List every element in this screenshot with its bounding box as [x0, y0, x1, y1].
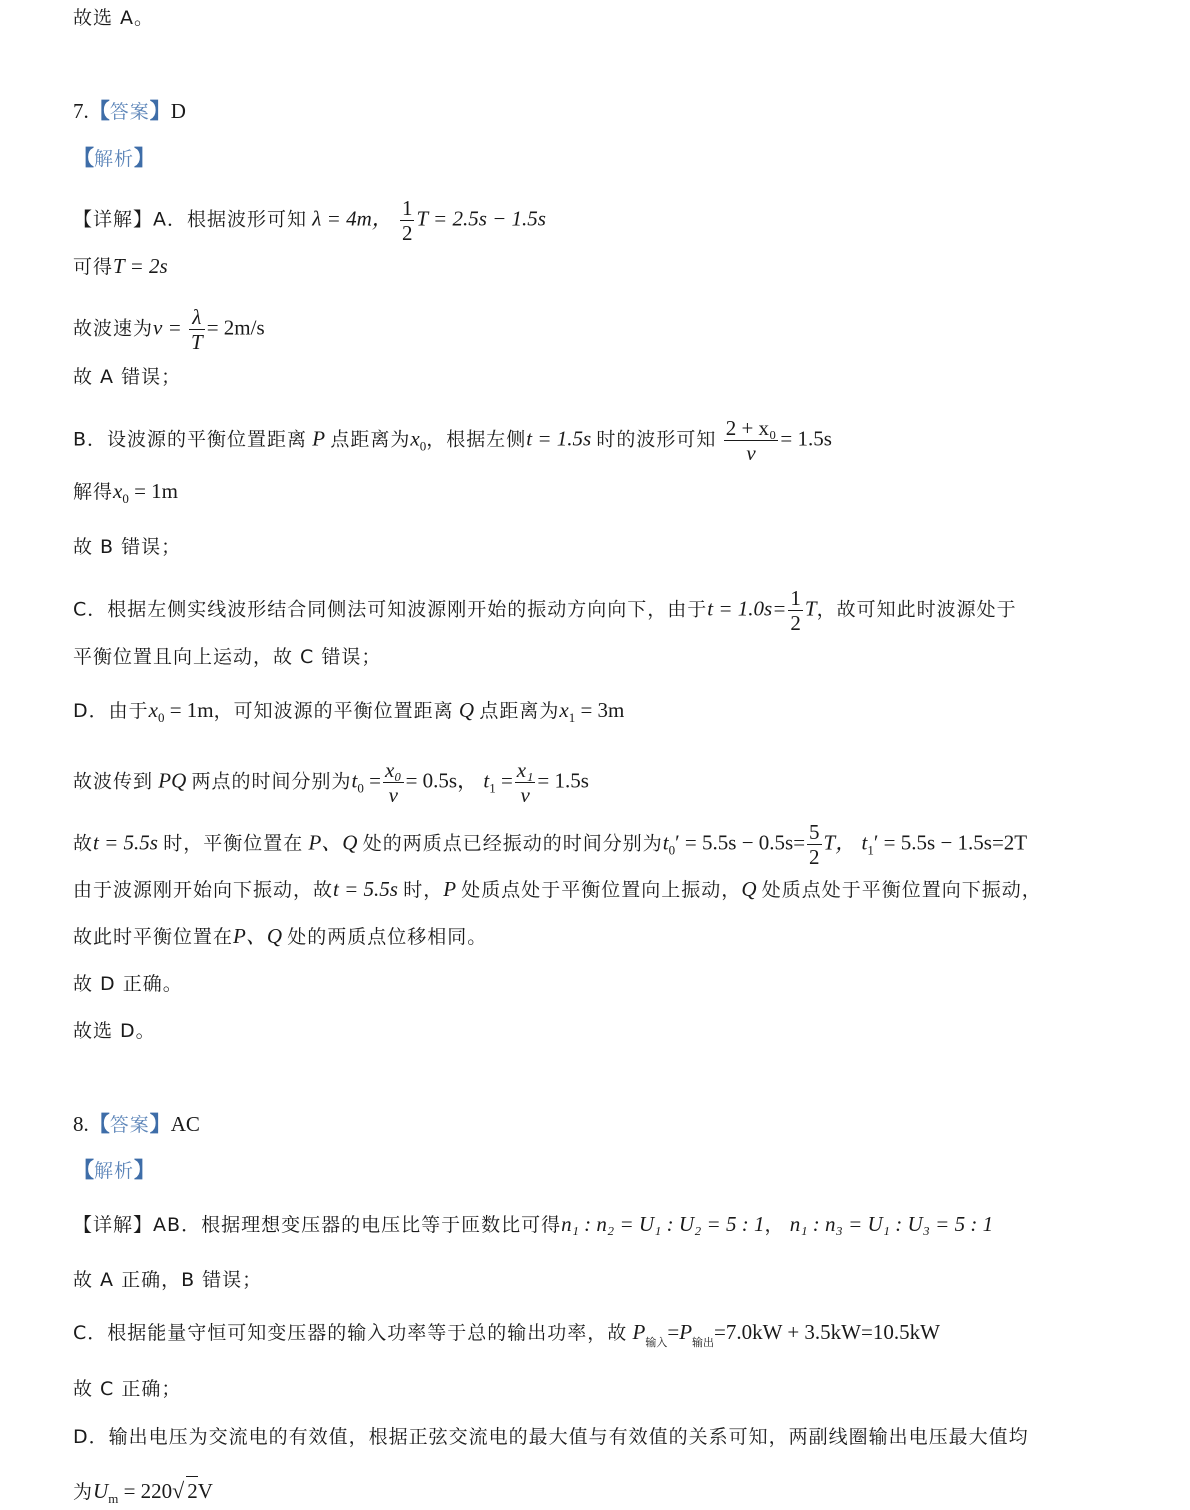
- q7-answer-heading: 7.【答案】D: [73, 97, 186, 126]
- fraction: λT: [189, 305, 205, 354]
- q7-a-conclusion: 故 A 错误；: [73, 362, 181, 391]
- fraction: 12: [400, 196, 415, 245]
- q7-detail-a: 【详解】A．根据波形可知 λ = 4m， 12T = 2.5s − 1.5s: [73, 196, 546, 245]
- q7-d-direction: 由于波源刚开始向下振动，故t = 5.5s 时，P 处质点处于平衡位置向上振动，…: [73, 875, 1042, 904]
- fraction: 52: [807, 820, 822, 869]
- q8-analysis-heading: 【解析】: [73, 1156, 155, 1185]
- q8-c-conclusion: 故 C 正确；: [73, 1374, 181, 1403]
- q8-detail-c: C．根据能量守恒可知变压器的输入功率等于总的输出功率，故 P输入=P输出=7.0…: [73, 1318, 940, 1357]
- bracket-open: 【: [89, 99, 110, 123]
- bracket-close: 】: [150, 99, 171, 123]
- sqrt-icon: √: [172, 1478, 184, 1503]
- q8-detail-d: D．输出电压为交流电的有效值，根据正弦交流电的最大值与有效值的关系可知，两副线圈…: [73, 1422, 1029, 1451]
- q7-period: 可得T = 2s: [73, 252, 168, 281]
- q7-d-conclusion: 故 D 正确。: [73, 969, 183, 998]
- q7-analysis-heading: 【解析】: [73, 144, 155, 173]
- q7-detail-c: C．根据左侧实线波形结合同侧法可知波源刚开始的振动方向向下，由于t = 1.0s…: [73, 586, 1017, 635]
- fraction: x₁v: [515, 758, 536, 807]
- q7-c-line2: 平衡位置且向上运动，故 C 错误；: [73, 642, 381, 671]
- q7-d-times: 故波传到 PQ 两点的时间分别为t0 =x₀v= 0.5s， t1 =x₁v= …: [73, 758, 589, 807]
- q7-detail-b: B．设波源的平衡位置距离 P 点距离为x0，根据左侧t = 1.5s 时的波形可…: [73, 416, 832, 465]
- q7-d-same-displacement: 故此时平衡位置在P、Q 处的两质点位移相同。: [73, 922, 487, 951]
- q8-d-max-voltage: 为Um = 220√2V: [73, 1476, 213, 1510]
- prev-conclusion: 故选 A。: [73, 3, 154, 32]
- q7-answer: D: [171, 99, 186, 123]
- q8-ab-conclusion: 故 A 正确，B 错误；: [73, 1265, 262, 1294]
- q7-d-elapsed: 故t = 5.5s 时，平衡位置在 P、Q 处的两质点已经振动的时间分别为t0′…: [73, 820, 1027, 869]
- q7-speed: 故波速为v = λT= 2m/s: [73, 305, 265, 354]
- q8-answer: AC: [171, 1112, 200, 1136]
- q8-answer-heading: 8.【答案】AC: [73, 1110, 200, 1139]
- fraction: x₀v: [383, 758, 404, 807]
- q7-detail-d: D．由于x0 = 1m，可知波源的平衡位置距离 Q 点距离为x1 = 3m: [73, 696, 624, 732]
- fraction: 12: [788, 586, 803, 635]
- q7-b-conclusion: 故 B 错误；: [73, 532, 181, 561]
- q7-solve-x0: 解得x0 = 1m: [73, 477, 178, 513]
- fraction: 2 + x₀v: [724, 416, 779, 465]
- q7-final: 故选 D。: [73, 1016, 156, 1045]
- q8-detail-ab: 【详解】AB．根据理想变压器的电压比等于匝数比可得n₁ : n₂ = U₁ : …: [73, 1210, 993, 1239]
